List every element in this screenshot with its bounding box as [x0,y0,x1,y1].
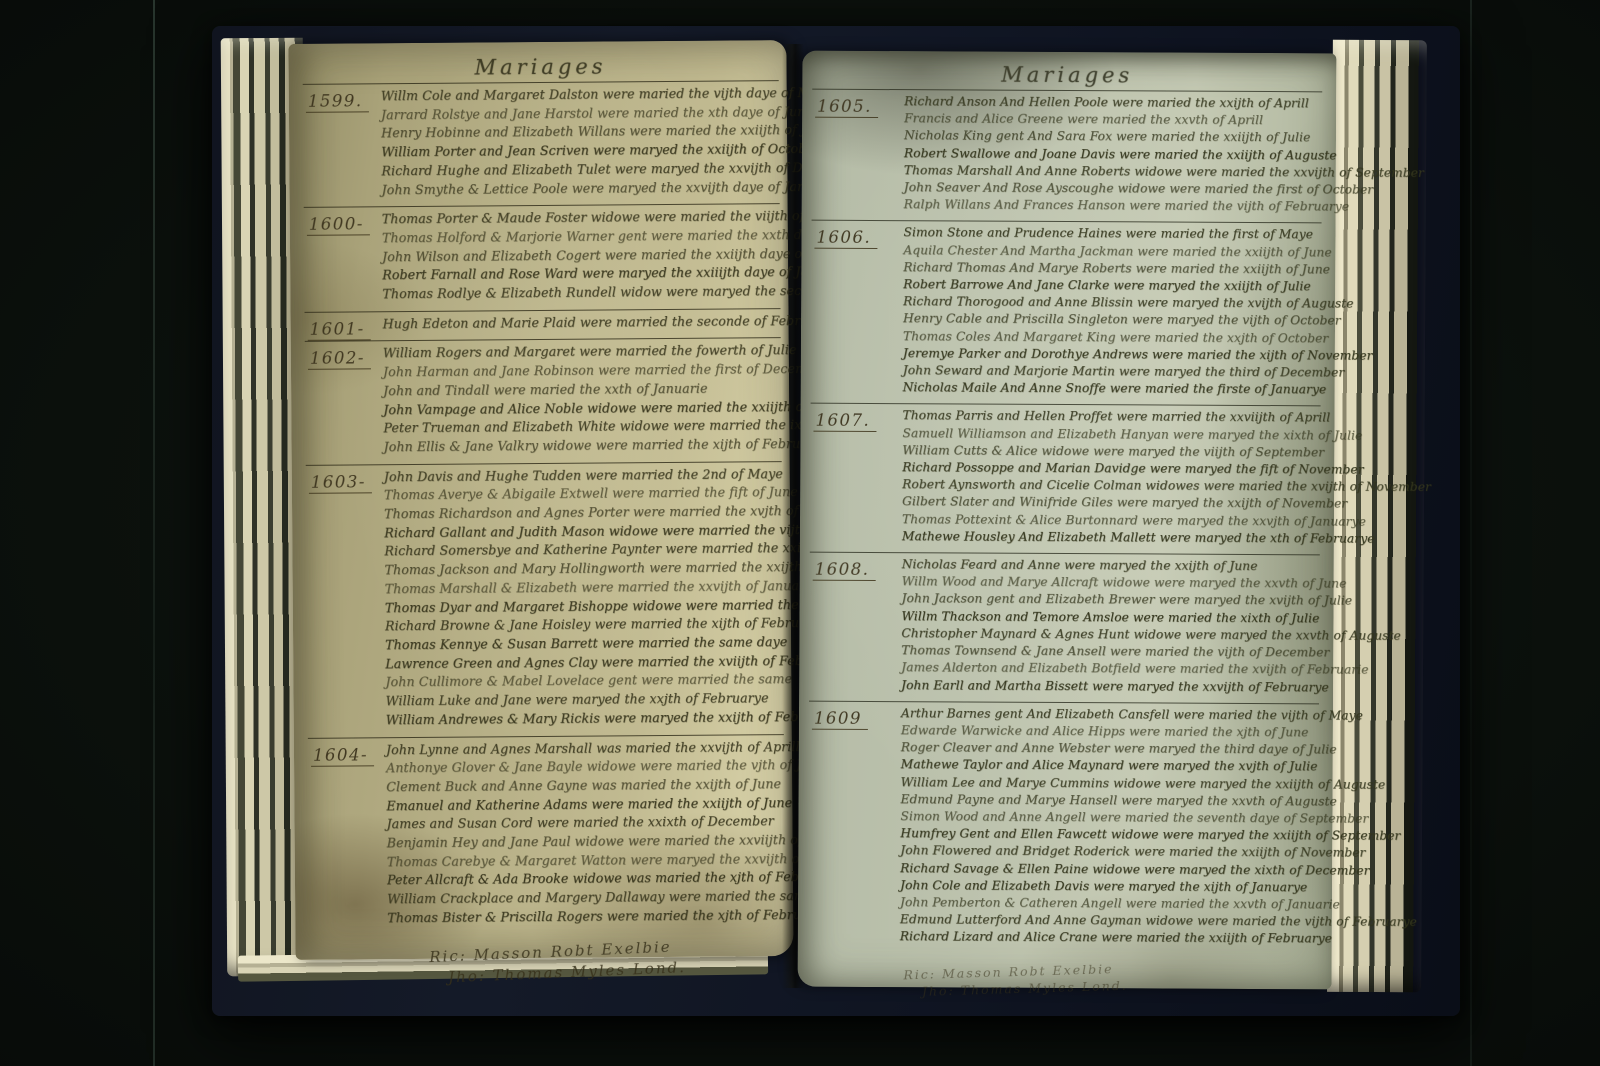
year-label: 1602- [308,349,371,370]
register-entry: John Seaver And Rose Ayscoughe widowe we… [904,179,1322,198]
register-entry: Thomas Parris and Hellen Proffet were ma… [902,408,1320,427]
left-page-register: 1599.Willm Cole and Margaret Dalston wer… [303,80,786,983]
year-label: 1604- [311,745,374,766]
year-section-1605: 1605.Richard Anson And Hellen Poole were… [812,89,1323,223]
year-label: 1607. [813,411,876,432]
register-entry: Thomas Townsend & Jane Ansell were marie… [901,642,1319,661]
year-section-1606: 1606.Simon Stone and Prudence Haines wer… [811,220,1322,406]
register-entry: Nicholas Maile And Anne Snoffe were mari… [903,379,1321,398]
marriage-entries: William Rogers and Margaret were married… [383,342,782,457]
register-entry: Robert Barrowe And Jane Clarke were mary… [903,276,1321,295]
register-entry: Edmund Lutterford And Anne Gayman widowe… [900,911,1318,930]
year-label: 1605. [815,97,878,118]
year-label: 1599. [306,91,369,112]
register-entry: William Andrewes & Mary Rickis were mary… [386,708,784,730]
year-section-1608: 1608.Nicholas Feard and Anne were maryed… [809,552,1320,703]
register-entry: John Flowered and Bridget Roderick were … [900,842,1318,861]
marriage-entries: John Lynne and Agnes Marshall was maried… [386,738,785,928]
register-entry: Humfrey Gent and Ellen Fawcett widowe we… [900,825,1318,844]
register-entry: John Cole and Elizabeth Davis were marye… [900,877,1318,896]
year-section-1599: 1599.Willm Cole and Margaret Dalston wer… [303,80,780,207]
marriage-entries: Thomas Porter & Maude Foster widowe were… [382,207,781,304]
register-entry: Thomas Pottexint & Alice Burtonnard were… [902,511,1320,530]
marriage-entries: Hugh Edeton and Marie Plaid were married… [383,312,781,334]
year-section-1603: 1603-John Davis and Hughe Tudden were ma… [306,461,784,738]
register-entry: Thomas Bister & Priscilla Rogers were ma… [387,906,785,928]
year-label: 1600- [307,215,370,236]
register-entry: Thomas Coles And Margaret King were mari… [903,328,1321,347]
register-entry: Jeremye Parker and Dorothye Andrews were… [903,345,1321,364]
register-entry: Mathewe Taylor and Alice Maynard were ma… [901,756,1319,775]
register-entry: Henry Cable and Priscilla Singleton were… [903,311,1321,330]
year-section-1602: 1602-William Rogers and Margaret were ma… [305,338,782,465]
register-entry: John Smythe & Lettice Poole were maryed … [381,178,779,200]
register-entry: Edwarde Warwicke and Alice Hipps were ma… [901,722,1319,741]
register-entry: John Seward and Marjorie Martin were mar… [903,362,1321,381]
register-entry: Richard Thorogood and Anne Blissin were … [903,293,1321,312]
register-entry: Roger Cleaver and Anne Webster were mary… [901,739,1319,758]
year-label: 1606. [814,228,877,249]
register-entry: Willm Wood and Marye Allcraft widowe wer… [902,573,1320,592]
register-entry: Robert Aynsworth and Cicelie Colman wido… [902,476,1320,495]
register-entry: Willm Thackson and Temore Amsloe were ma… [901,608,1319,627]
year-section-1600: 1600-Thomas Porter & Maude Foster widowe… [304,203,781,311]
register-entry: Thomas Marshall And Anne Roberts widowe … [904,162,1322,181]
register-entry: Robert Swallowe and Joane Davis were mar… [904,145,1322,164]
year-section-1609: 1609Arthur Barnes gent And Elizabeth Can… [808,700,1319,955]
register-entry: Nicholas King gent And Sara Fox were mar… [904,128,1322,147]
register-entry: Richard Possoppe and Marian Davidge were… [902,459,1320,478]
register-entry: William Lee and Marye Cummins widowe wer… [901,774,1319,793]
left-page-header: Mariages [302,50,778,84]
register-entry: Simon Stone and Prudence Haines were mar… [903,225,1321,244]
register-entry: Christopher Maynard & Agnes Hunt widowe … [901,625,1319,644]
right-page: Mariages 1605.Richard Anson And Hellen P… [798,51,1337,990]
register-entry: Samuell Williamson and Elizabeth Hanyan … [902,425,1320,444]
register-entry: Richard Thomas And Marye Roberts were ma… [903,259,1321,278]
marriage-entries: Thomas Parris and Hellen Proffet were ma… [902,408,1321,548]
register-entry: Gilbert Slater and Winifride Giles were … [902,494,1320,513]
marriage-entries: Willm Cole and Margaret Dalston were mar… [381,84,780,199]
register-entry: John Jackson gent and Elizabeth Brewer w… [902,591,1320,610]
register-entry: William Cutts & Alice widowe were maryed… [902,442,1320,461]
year-section-1601: 1601-Hugh Edeton and Marie Plaid were ma… [305,308,781,341]
register-entry: James Alderton and Elizabeth Botfield we… [901,659,1319,678]
year-label: 1609 [812,708,868,729]
register-entry: Richard Anson And Hellen Poole were mari… [904,93,1322,112]
marriage-entries: Arthur Barnes gent And Elizabeth Cansfel… [900,705,1319,948]
register-entry: Edmund Payne and Marye Hansell were mary… [900,791,1318,810]
marriage-entries: John Davis and Hughe Tudden were married… [384,465,784,730]
register-entry: Francis and Alice Greene were maried the… [904,110,1322,129]
register-entry: Aquila Chester And Martha Jackman were m… [903,242,1321,261]
year-label: 1603- [309,472,372,493]
register-entry: Nicholas Feard and Anne were maryed the … [902,556,1320,575]
marriage-entries: Richard Anson And Hellen Poole were mari… [904,93,1323,216]
clerk-signatures: Ric: Masson Robt ExelbieJho: Thomas Myle… [903,954,1318,1000]
marriage-entries: Simon Stone and Prudence Haines were mar… [903,225,1322,399]
register-entry: John Pemberton & Catheren Angell were ma… [900,894,1318,913]
register-entry: Ralph Willans And Frances Hanson were ma… [904,196,1322,215]
register-entry: Thomas Rodlye & Elizabeth Rundell widow … [382,282,780,304]
glass-edge-reflection-right [1470,0,1472,1066]
left-page: Mariages 1599.Willm Cole and Margaret Da… [288,40,793,960]
clerk-signatures: Ric: Masson Robt ExelbieJho: Thomas Myle… [429,931,786,988]
register-entry: Mathewe Housley And Elizabeth Mallett we… [902,528,1320,547]
year-section-1604: 1604-John Lynne and Agnes Marshall was m… [308,734,786,936]
right-page-register: 1605.Richard Anson And Hellen Poole were… [808,89,1323,995]
register-entry: Hugh Edeton and Marie Plaid were married… [383,312,781,334]
year-label: 1608. [813,560,876,581]
marriage-entries: Nicholas Feard and Anne were maryed the … [901,556,1320,696]
year-label: 1601- [308,319,371,340]
register-entry: Richard Savage & Ellen Paine widowe were… [900,860,1318,879]
register-entry: Arthur Barnes gent And Elizabeth Cansfel… [901,705,1319,724]
register-entry: John Ellis & Jane Valkry widowe were mar… [384,435,782,457]
register-entry: Richard Lizard and Alice Crane were mari… [900,928,1318,947]
year-section-1607: 1607.Thomas Parris and Hellen Proffet we… [810,403,1321,554]
register-entry: John Earll and Martha Bissett were marye… [901,677,1319,696]
register-entry: Simon Wood and Anne Angell were maried t… [900,808,1318,827]
glass-edge-reflection-left [153,0,155,1066]
right-page-header: Mariages [812,59,1322,92]
register-photograph: Mariages 1599.Willm Cole and Margaret Da… [0,0,1600,1066]
